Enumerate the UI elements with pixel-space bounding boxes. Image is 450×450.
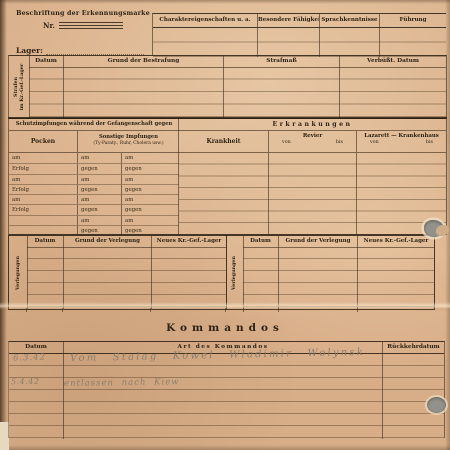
illnesses-table: Erkrankungen Krankheit Revier von bis La… [178, 117, 447, 235]
transfers-col-datum: Datum [243, 236, 278, 247]
illnesses-header: Krankheit Revier von bis Lazarett — Kran… [179, 131, 446, 153]
transfers-right-side-text: Verlegungen [231, 256, 237, 290]
komm-col-datum: Datum [9, 342, 63, 353]
traits-table: Charaktereigenschaften u. a. Besondere F… [152, 13, 446, 56]
kommandos-rows [9, 354, 444, 439]
fold-crease [0, 302, 450, 311]
punishments-table: Strafen im Kr.-Gef.-Lager Datum Grund de… [8, 55, 447, 119]
lager-label: Lager: [16, 46, 43, 55]
vacc-cell: gegen [77, 225, 121, 235]
vacc-cell: gegen [121, 225, 179, 235]
vaccinations-table: Schutzimpfungen während der Gefangenscha… [8, 117, 179, 235]
ill-lazarett-von: von [370, 140, 379, 145]
vacc-col-pocken: Pocken [9, 131, 77, 152]
vaccinations-header: Pocken Sonstige Impfungen (Ty-Paraty., R… [9, 131, 179, 153]
transfers-col-grund: Grund der Verlegung [63, 236, 151, 247]
traits-empty-rows [153, 28, 446, 57]
ill-revier-name: Revier [269, 131, 356, 139]
illnesses-title: Erkrankungen [179, 119, 446, 131]
scan-edge-bottom [0, 445, 450, 450]
pow-record-card: Beschriftung der Erkennungsmarke Nr. Lag… [0, 0, 450, 450]
vacc-cell: gegen [77, 204, 121, 214]
ill-col-revier: Revier von bis [268, 131, 356, 152]
vacc-cell [9, 225, 77, 235]
vaccinations-title: Schutzimpfungen während der Gefangenscha… [9, 119, 179, 131]
ill-col-lazarett: Lazarett — Krankenhaus von bis [356, 131, 446, 152]
scan-edge-top [0, 0, 450, 4]
transfers-col-datum: Datum [27, 236, 63, 247]
punishments-side-line2: im Kr.-Gef.-Lager [19, 64, 25, 111]
vacc-cell: gegen [121, 204, 179, 214]
transfers-col-lager: Neues Kr.-Gef.-Lager [357, 236, 434, 247]
handwritten-date-1: 6.3.42 [13, 352, 46, 363]
vacc-col-sonstige: Sonstige Impfungen (Ty-Paraty., Ruhr, Ch… [77, 131, 179, 152]
komm-col-rueckkehr: Rückkehrdatum [382, 342, 444, 353]
vacc-cell: Erfolg [9, 204, 77, 214]
nr-label: Nr. [43, 21, 55, 30]
handwritten-entry-2: entlassen nach Kiew [64, 377, 180, 389]
punish-col-datum: Datum [29, 56, 63, 67]
punishments-empty-rows [29, 67, 446, 118]
vacc-sonstige-name: Sonstige Impfungen [99, 134, 158, 140]
vacc-cell: am [77, 215, 121, 225]
transfers-right-empty-rows [243, 247, 434, 309]
vacc-cell: gegen [121, 184, 179, 194]
ill-revier-bis: bis [336, 140, 343, 145]
transfers-left-side-label: Verlegungen [9, 236, 28, 309]
vacc-cell: am [121, 153, 179, 163]
traits-col-faehigkeiten: Besondere Fähigkeiten [257, 14, 319, 27]
nr-ruled-lines [59, 22, 123, 30]
ill-col-krankheit: Krankheit [179, 131, 268, 152]
punish-col-verbuesst: Verbüßt. Datum [339, 56, 446, 67]
vaccinations-rows: amamam Erfolggegengegen amamam Erfolggeg… [9, 153, 179, 235]
traits-table-header: Charaktereigenschaften u. a. Besondere F… [153, 14, 446, 28]
vacc-cell [9, 215, 77, 225]
vacc-cell: gegen [121, 163, 179, 173]
punish-col-strafmass: Strafmaß [223, 56, 339, 67]
illnesses-empty-rows [179, 153, 446, 235]
identity-tag-block: Beschriftung der Erkennungsmarke Nr. Lag… [14, 10, 152, 55]
transfers-col-grund: Grund der Verlegung [278, 236, 357, 247]
punch-hole-torn [424, 220, 444, 237]
vacc-cell: am [121, 174, 179, 184]
vacc-cell: am [9, 194, 77, 204]
transfers-left-side-text: Verlegungen [15, 256, 21, 290]
vacc-cell: Erfolg [9, 163, 77, 173]
vacc-cell: am [9, 174, 77, 184]
transfers-col-lager: Neues Kr.-Gef.-Lager [151, 236, 226, 247]
punish-col-grund: Grund der Bestrafung [63, 56, 223, 67]
transfers-table-right: Verlegungen Datum Grund der Verlegung Ne… [225, 235, 435, 310]
vacc-cell: am [77, 153, 121, 163]
punishments-side-label: Strafen im Kr.-Gef.-Lager [9, 56, 30, 118]
vacc-cell: am [121, 194, 179, 204]
identity-tag-title: Beschriftung der Erkennungsmarke [14, 10, 152, 17]
vacc-cell: am [121, 215, 179, 225]
vacc-cell: am [9, 153, 77, 163]
vacc-sonstige-sub: (Ty-Paraty., Ruhr, Cholera usw.) [78, 141, 179, 147]
vacc-cell: am [77, 194, 121, 204]
vacc-cell: gegen [77, 184, 121, 194]
vacc-cell: gegen [77, 163, 121, 173]
vacc-cell: Erfolg [9, 184, 77, 194]
transfers-left-empty-rows [27, 247, 226, 309]
traits-col-sprachen: Sprachkenntnisse [319, 14, 379, 27]
vacc-cell: am [77, 174, 121, 184]
ill-revier-von: von [282, 140, 291, 145]
ill-lazarett-name: Lazarett — Krankenhaus [357, 131, 446, 139]
kommandos-title: Kommandos [0, 322, 450, 334]
punch-hole [427, 397, 446, 413]
handwritten-date-2: 5.4.42 [11, 377, 40, 386]
traits-col-charakter: Charaktereigenschaften u. a. [153, 14, 257, 27]
ill-lazarett-bis: bis [426, 140, 433, 145]
lager-dotted-line [46, 47, 144, 55]
traits-col-fuehrung: Führung [379, 14, 446, 27]
transfers-table-left: Verlegungen Datum Grund der Verlegung Ne… [8, 235, 227, 310]
transfers-right-side-label: Verlegungen [225, 236, 244, 309]
scan-edge-left [0, 0, 7, 450]
